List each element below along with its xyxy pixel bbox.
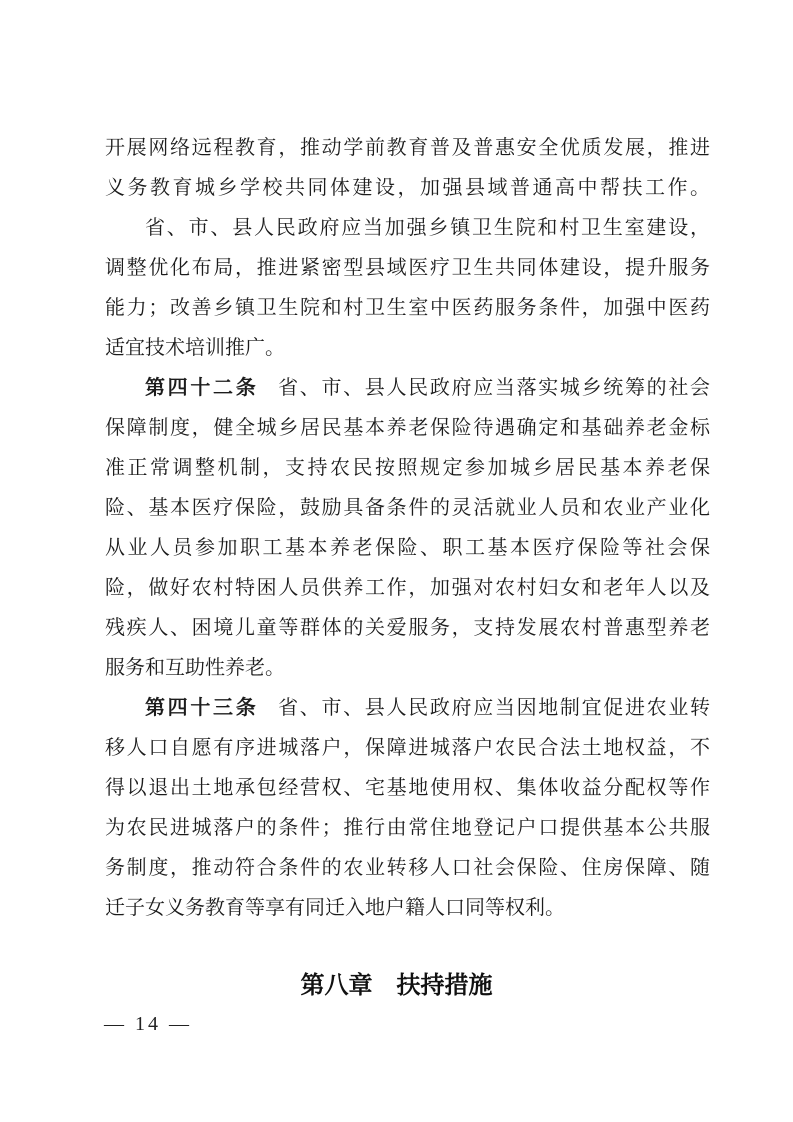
text-line: 得以退出土地承包经营权、宅基地使用权、集体收益分配权等作 bbox=[105, 768, 710, 808]
article-number: 第四十三条 bbox=[145, 697, 258, 719]
line-text: 残疾人、困境儿童等群体的关爱服务，支持发展农村普惠型养老 bbox=[105, 617, 710, 639]
page-number: — 14 — bbox=[104, 1013, 192, 1035]
document-page: 开展网络远程教育，推动学前教育普及普惠安全优质发展，推进义务教育城乡学校共同体建… bbox=[0, 0, 793, 1122]
line-text: 险，做好农村特困人员供养工作，加强对农村妇女和老年人以及 bbox=[105, 577, 710, 599]
line-text: 义务教育城乡学校共同体建设，加强县域普通高中帮扶工作。 bbox=[105, 177, 710, 199]
line-text: 为农民进城落户的条件；推行由常住地登记户口提供基本公共服 bbox=[105, 817, 710, 839]
text-line: 迁子女义务教育等享有同迁入地户籍人口同等权利。 bbox=[105, 888, 710, 928]
text-line: 险、基本医疗保险，鼓励具备条件的灵活就业人员和农业产业化 bbox=[105, 488, 710, 528]
text-line: 保障制度，健全城乡居民基本养老保险待遇确定和基础养老金标 bbox=[105, 408, 710, 448]
text-line: 省、市、县人民政府应当加强乡镇卫生院和村卫生室建设， bbox=[105, 208, 710, 248]
chapter-title: 扶持措施 bbox=[397, 972, 493, 999]
chapter-number: 第八章 bbox=[301, 972, 373, 999]
text-line: 第四十二条省、市、县人民政府应当落实城乡统筹的社会 bbox=[105, 368, 710, 408]
line-text: 省、市、县人民政府应当落实城乡统筹的社会 bbox=[276, 377, 710, 399]
article-number: 第四十二条 bbox=[145, 377, 258, 399]
text-line: 调整优化布局，推进紧密型县域医疗卫生共同体建设，提升服务 bbox=[105, 248, 710, 288]
text-line: 第四十三条省、市、县人民政府应当因地制宜促进农业转 bbox=[105, 688, 710, 728]
line-text: 省、市、县人民政府应当因地制宜促进农业转 bbox=[276, 697, 710, 719]
line-text: 迁子女义务教育等享有同迁入地户籍人口同等权利。 bbox=[105, 897, 565, 919]
line-text: 服务和互助性养老。 bbox=[105, 657, 285, 679]
line-text: 险、基本医疗保险，鼓励具备条件的灵活就业人员和农业产业化 bbox=[105, 497, 710, 519]
line-text: 得以退出土地承包经营权、宅基地使用权、集体收益分配权等作 bbox=[105, 777, 710, 799]
line-text: 保障制度，健全城乡居民基本养老保险待遇确定和基础养老金标 bbox=[105, 417, 710, 439]
line-text: 务制度，推动符合条件的农业转移人口社会保险、住房保障、随 bbox=[105, 857, 710, 879]
line-text: 适宜技术培训推广。 bbox=[105, 337, 285, 359]
line-text: 开展网络远程教育，推动学前教育普及普惠安全优质发展，推进 bbox=[105, 137, 710, 159]
text-line: 为农民进城落户的条件；推行由常住地登记户口提供基本公共服 bbox=[105, 808, 710, 848]
text-line: 适宜技术培训推广。 bbox=[105, 328, 710, 368]
text-line: 能力；改善乡镇卫生院和村卫生室中医药服务条件，加强中医药 bbox=[105, 288, 710, 328]
page-footer: — 14 — bbox=[104, 1008, 192, 1040]
text-line: 义务教育城乡学校共同体建设，加强县域普通高中帮扶工作。 bbox=[105, 168, 710, 208]
line-text: 调整优化布局，推进紧密型县域医疗卫生共同体建设，提升服务 bbox=[105, 257, 710, 279]
text-line: 务制度，推动符合条件的农业转移人口社会保险、住房保障、随 bbox=[105, 848, 710, 888]
document-body: 开展网络远程教育，推动学前教育普及普惠安全优质发展，推进义务教育城乡学校共同体建… bbox=[105, 128, 710, 928]
line-text: 能力；改善乡镇卫生院和村卫生室中医药服务条件，加强中医药 bbox=[105, 297, 710, 319]
text-line: 从业人员参加职工基本养老保险、职工基本医疗保险等社会保 bbox=[105, 528, 710, 568]
line-text: 移人口自愿有序进城落户，保障进城落户农民合法土地权益，不 bbox=[105, 737, 710, 759]
line-text: 准正常调整机制，支持农民按照规定参加城乡居民基本养老保 bbox=[105, 457, 710, 479]
text-line: 服务和互助性养老。 bbox=[105, 648, 710, 688]
line-text: 从业人员参加职工基本养老保险、职工基本医疗保险等社会保 bbox=[105, 537, 710, 559]
text-line: 险，做好农村特困人员供养工作，加强对农村妇女和老年人以及 bbox=[105, 568, 710, 608]
text-line: 开展网络远程教育，推动学前教育普及普惠安全优质发展，推进 bbox=[105, 128, 710, 168]
line-text: 省、市、县人民政府应当加强乡镇卫生院和村卫生室建设， bbox=[145, 217, 710, 239]
text-line: 准正常调整机制，支持农民按照规定参加城乡居民基本养老保 bbox=[105, 448, 710, 488]
article-number-gap bbox=[258, 713, 276, 714]
text-line: 移人口自愿有序进城落户，保障进城落户农民合法土地权益，不 bbox=[105, 728, 710, 768]
chapter-heading: 第八章扶持措施 bbox=[0, 966, 793, 1006]
chapter-heading-space bbox=[373, 992, 397, 993]
article-number-gap bbox=[258, 393, 276, 394]
text-line: 残疾人、困境儿童等群体的关爱服务，支持发展农村普惠型养老 bbox=[105, 608, 710, 648]
